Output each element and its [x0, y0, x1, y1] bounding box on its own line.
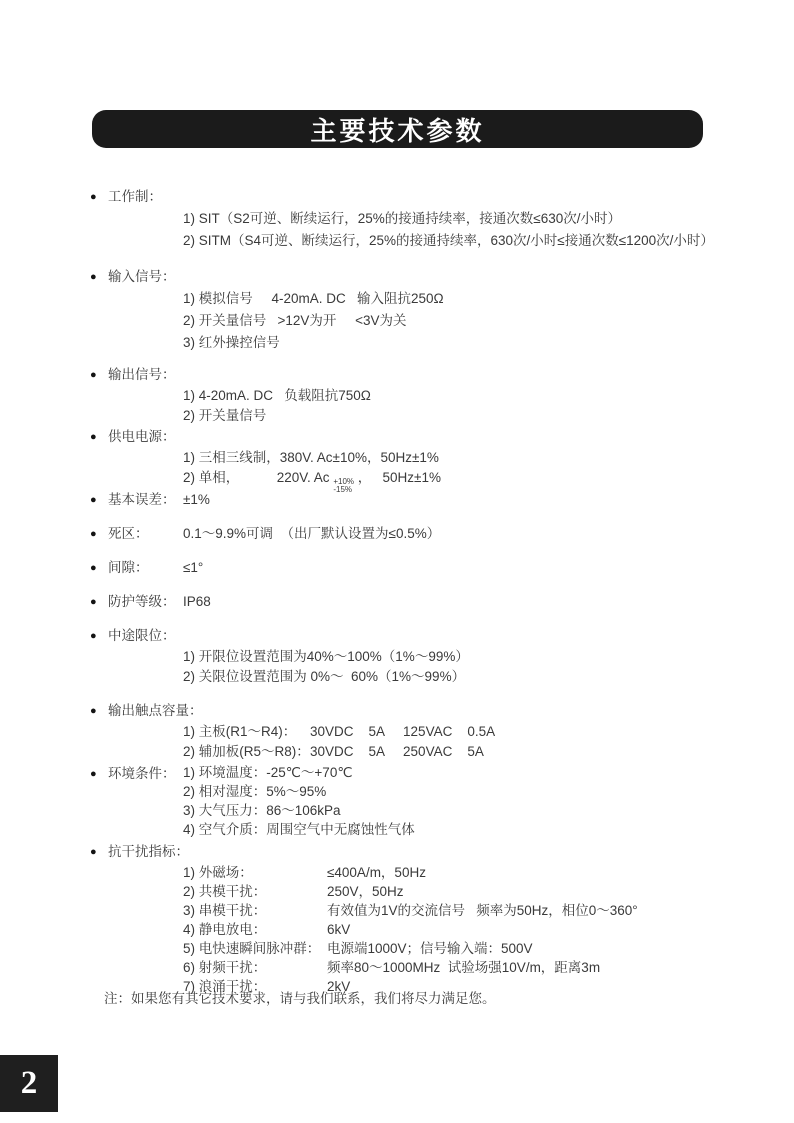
- spec-line: 2) SITM（S4可逆、断续运行，25%的接通持续率，630次/小时≤接通次数…: [183, 230, 754, 252]
- spec-value: ≤1°: [183, 557, 203, 579]
- section-label: 环境条件：: [108, 766, 176, 781]
- spec-row: 4) 静电放电：6kV: [183, 920, 754, 939]
- section-label: 中途限位：: [108, 628, 176, 643]
- section-label: 输出触点容量：: [108, 703, 203, 718]
- spec-row-name: 2) 辅加板(R5～R8)：: [183, 742, 310, 762]
- spec-row-name: 2) 共模干扰：: [183, 882, 327, 901]
- spec-line: 1) 三相三线制，380V. Ac±10%，50Hz±1%: [183, 448, 754, 468]
- spec-row-value: 6kV: [327, 920, 350, 939]
- spec-line: 2) 相对湿度：5%～95%: [183, 782, 754, 801]
- tolerance-pre: 2) 单相， 220V. Ac: [183, 470, 333, 485]
- section-input-signal: ●输入信号： 1) 模拟信号 4-20mA. DC 输入阻抗250Ω 2) 开关…: [90, 266, 754, 354]
- section-environment: ●环境条件： 1) 环境温度：-25℃～+70℃ 2) 相对湿度：5%～95% …: [90, 763, 754, 839]
- spec-row-value: 电源端1000V；信号输入端：500V: [327, 939, 533, 958]
- section-output-contact-rating: ●输出触点容量： 1) 主板(R1～R4)：30VDC 5A 125VAC 0.…: [90, 700, 754, 762]
- spec-line: 1) 环境温度：-25℃～+70℃: [183, 763, 754, 782]
- spec-row-name: 1) 外磁场：: [183, 863, 327, 882]
- spec-row: 3) 串模干扰：有效值为1V的交流信号 频率为50Hz，相位0～360°: [183, 901, 754, 920]
- spec-row-value: 250V，50Hz: [327, 882, 404, 901]
- section-output-signal: ●输出信号： 1) 4-20mA. DC 负载阻抗750Ω 2) 开关量信号: [90, 364, 754, 426]
- spec-items: 1) 三相三线制，380V. Ac±10%，50Hz±1% 2) 单相， 220…: [90, 448, 754, 494]
- spec-value: IP68: [183, 591, 211, 613]
- bullet-icon: ●: [90, 266, 108, 288]
- bullet-icon: ●: [90, 625, 108, 647]
- spec-row: 1) 主板(R1～R4)：30VDC 5A 125VAC 0.5A: [183, 722, 754, 742]
- spec-row-name: 6) 射频干扰：: [183, 958, 327, 977]
- spec-value: ±1%: [183, 489, 210, 511]
- section-label: 间隙：: [108, 557, 183, 579]
- spec-line: 3) 大气压力：86～106kPa: [183, 801, 754, 820]
- bullet-icon: ●: [90, 489, 108, 511]
- spec-row-name: 1) 主板(R1～R4)：: [183, 722, 310, 742]
- section-protection-class: ●防护等级：IP68: [90, 591, 754, 613]
- spec-row-value: 30VDC 5A 125VAC 0.5A: [310, 722, 495, 742]
- section-intermediate-limit: ●中途限位： 1) 开限位设置范围为40%～100%（1%～99%） 2) 关限…: [90, 625, 754, 687]
- section-header: ●防护等级：IP68: [90, 591, 754, 613]
- spec-items: 1) 外磁场：≤400A/m，50Hz 2) 共模干扰：250V，50Hz 3)…: [90, 863, 754, 996]
- section-header: ●工作制：: [90, 186, 754, 208]
- spec-row: 2) 共模干扰：250V，50Hz: [183, 882, 754, 901]
- bullet-icon: ●: [90, 841, 108, 863]
- spec-row: 1) 外磁场：≤400A/m，50Hz: [183, 863, 754, 882]
- spec-value: 0.1～9.9%可调 （出厂默认设置为≤0.5%）: [183, 523, 440, 545]
- spec-row-name: 5) 电快速瞬间脉冲群：: [183, 939, 327, 958]
- section-label: 输入信号：: [108, 269, 176, 284]
- section-label: 死区：: [108, 523, 183, 545]
- section-header: ●输出信号：: [90, 364, 754, 386]
- spec-items: 1) 开限位设置范围为40%～100%（1%～99%） 2) 关限位设置范围为 …: [90, 647, 754, 687]
- spec-line: 1) 模拟信号 4-20mA. DC 输入阻抗250Ω: [183, 288, 754, 310]
- spec-row: 2) 辅加板(R5～R8)：30VDC 5A 250VAC 5A: [183, 742, 754, 762]
- spec-items: 1) 4-20mA. DC 负载阻抗750Ω 2) 开关量信号: [90, 386, 754, 426]
- section-power-supply: ●供电电源： 1) 三相三线制，380V. Ac±10%，50Hz±1% 2) …: [90, 426, 754, 494]
- spec-line: 2) 关限位设置范围为 0%～ 60%（1%～99%）: [183, 667, 754, 687]
- spec-row-name: 3) 串模干扰：: [183, 901, 327, 920]
- section-label: 防护等级：: [108, 591, 183, 613]
- spec-line: 1) 开限位设置范围为40%～100%（1%～99%）: [183, 647, 754, 667]
- spec-line: 3) 红外操控信号: [183, 332, 754, 354]
- bullet-icon: ●: [90, 700, 108, 722]
- spec-line: 1) SIT（S2可逆、断续运行，25%的接通持续率，接通次数≤630次/小时）: [183, 208, 754, 230]
- spec-line: 4) 空气介质：周围空气中无腐蚀性气体: [183, 820, 754, 839]
- spec-row-name: 4) 静电放电：: [183, 920, 327, 939]
- tolerance-post: ， 50Hz±1%: [354, 470, 441, 485]
- section-header: ●输入信号：: [90, 266, 754, 288]
- section-header: ●中途限位：: [90, 625, 754, 647]
- document-page: 主要技术参数 ●工作制： 1) SIT（S2可逆、断续运行，25%的接通持续率，…: [0, 0, 794, 1123]
- spec-row-value: 有效值为1V的交流信号 频率为50Hz，相位0～360°: [327, 901, 638, 920]
- section-header: ●输出触点容量：: [90, 700, 754, 722]
- section-header: ●抗干扰指标：: [90, 841, 754, 863]
- spec-row: 6) 射频干扰：频率80～1000MHz 试验场强10V/m，距离3m: [183, 958, 754, 977]
- bullet-icon: ●: [90, 591, 108, 613]
- section-label: 供电电源：: [108, 429, 176, 444]
- section-header: ●环境条件：: [90, 763, 176, 785]
- section-clearance: ●间隙：≤1°: [90, 557, 754, 579]
- section-header: ●间隙：≤1°: [90, 557, 754, 579]
- page-number: 2: [21, 1065, 38, 1102]
- spec-items: 1) 主板(R1～R4)：30VDC 5A 125VAC 0.5A 2) 辅加板…: [90, 722, 754, 762]
- section-header: ●死区：0.1～9.9%可调 （出厂默认设置为≤0.5%）: [90, 523, 754, 545]
- spec-items: 1) SIT（S2可逆、断续运行，25%的接通持续率，接通次数≤630次/小时）…: [90, 208, 754, 252]
- spec-row-value: 30VDC 5A 250VAC 5A: [310, 742, 484, 762]
- bullet-icon: ●: [90, 763, 108, 785]
- bullet-icon: ●: [90, 186, 108, 208]
- spec-line: 2) 开关量信号 >12V为开 <3V为关: [183, 310, 754, 332]
- section-dead-zone: ●死区：0.1～9.9%可调 （出厂默认设置为≤0.5%）: [90, 523, 754, 545]
- spec-items: 1) 模拟信号 4-20mA. DC 输入阻抗250Ω 2) 开关量信号 >12…: [90, 288, 754, 354]
- page-number-box: 2: [0, 1055, 58, 1112]
- bullet-icon: ●: [90, 364, 108, 386]
- spec-row: 5) 电快速瞬间脉冲群：电源端1000V；信号输入端：500V: [183, 939, 754, 958]
- section-header: ●基本误差：±1%: [90, 489, 754, 511]
- section-label: 输出信号：: [108, 367, 176, 382]
- bullet-icon: ●: [90, 557, 108, 579]
- section-title-banner: 主要技术参数: [92, 110, 703, 148]
- section-label: 工作制：: [108, 189, 162, 204]
- spec-row-value: 频率80～1000MHz 试验场强10V/m，距离3m: [327, 958, 600, 977]
- section-duty-type: ●工作制： 1) SIT（S2可逆、断续运行，25%的接通持续率，接通次数≤63…: [90, 186, 754, 252]
- spec-row-value: ≤400A/m，50Hz: [327, 863, 426, 882]
- page-title: 主要技术参数: [310, 111, 484, 148]
- section-label: 抗干扰指标：: [108, 844, 189, 859]
- section-anti-interference: ●抗干扰指标： 1) 外磁场：≤400A/m，50Hz 2) 共模干扰：250V…: [90, 841, 754, 996]
- bullet-icon: ●: [90, 523, 108, 545]
- section-basic-error: ●基本误差：±1%: [90, 489, 754, 511]
- section-label: 基本误差：: [108, 489, 183, 511]
- spec-items: 1) 环境温度：-25℃～+70℃ 2) 相对湿度：5%～95% 3) 大气压力…: [90, 763, 754, 839]
- spec-line: 1) 4-20mA. DC 负载阻抗750Ω: [183, 386, 754, 406]
- section-header: ●供电电源：: [90, 426, 754, 448]
- bullet-icon: ●: [90, 426, 108, 448]
- spec-line: 2) 开关量信号: [183, 406, 754, 426]
- footer-note: 注：如果您有其它技术要求，请与我们联系，我们将尽力满足您。: [104, 988, 496, 1010]
